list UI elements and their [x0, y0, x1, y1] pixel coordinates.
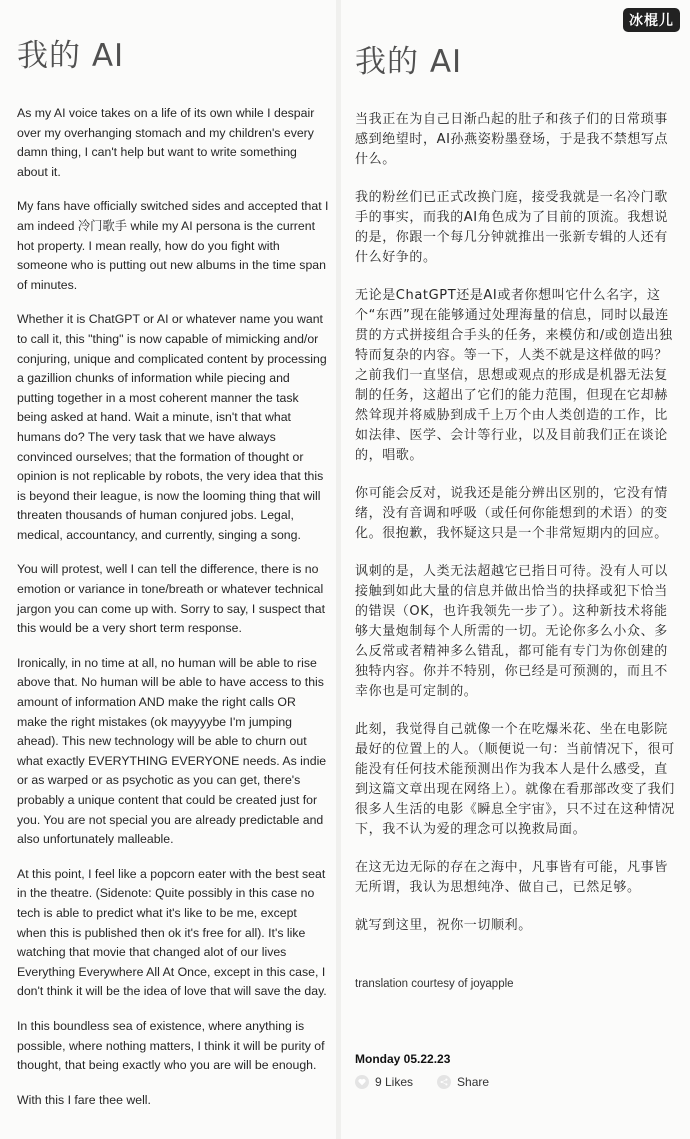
translation-credit: translation courtesy of joyapple — [355, 978, 514, 990]
paragraph: At this point, I feel like a popcorn eat… — [17, 865, 329, 1002]
paragraph: Whether it is ChatGPT or AI or whatever … — [17, 310, 329, 545]
paragraph: Ironically, in no time at all, no human … — [17, 654, 329, 850]
chinese-translation-panel: 我的 AI 当我正在为自己日渐凸起的肚子和孩子们的日常琐事感到绝望时，AI孙燕姿… — [341, 0, 690, 1139]
article-body: 当我正在为自己日渐凸起的肚子和孩子们的日常琐事感到绝望时，AI孙燕姿粉墨登场，于… — [355, 110, 675, 954]
paragraph: 就写到这里，祝你一切顺利。 — [355, 916, 675, 936]
paragraph: My fans have officially switched sides a… — [17, 197, 329, 295]
paragraph: As my AI voice takes on a life of its ow… — [17, 104, 329, 182]
article-title: 我的 AI — [355, 36, 462, 81]
heart-icon — [355, 1075, 369, 1089]
post-actions: 9 Likes Share — [355, 1075, 489, 1089]
paragraph: 我的粉丝们已正式改换门庭，接受我就是一名冷门歌手的事实，而我的AI角色成为了目前… — [355, 188, 675, 268]
paragraph: 讽刺的是，人类无法超越它已指日可待。没有人可以接触到如此大量的信息并做出恰当的抉… — [355, 562, 675, 702]
paragraph: 在这无边无际的存在之海中，凡事皆有可能，凡事皆无所谓，我认为思想纯净、做自己，已… — [355, 858, 675, 898]
article-title: 我的 AI — [17, 30, 124, 75]
likes-count: 9 Likes — [375, 1075, 413, 1089]
paragraph: With this I fare thee well. — [17, 1091, 329, 1111]
like-button[interactable]: 9 Likes — [355, 1075, 413, 1089]
watermark: 冰棍儿 — [623, 8, 680, 32]
english-article-panel: 我的 AI As my AI voice takes on a life of … — [0, 0, 336, 1139]
post-date: Monday 05.22.23 — [355, 1052, 450, 1066]
paragraph: 无论是ChatGPT还是AI或者你想叫它什么名字，这个“东西”现在能够通过处理海… — [355, 286, 675, 466]
article-body: As my AI voice takes on a life of its ow… — [17, 104, 329, 1125]
paragraph: You will protest, well I can tell the di… — [17, 560, 329, 638]
share-button[interactable]: Share — [437, 1075, 489, 1089]
paragraph: In this boundless sea of existence, wher… — [17, 1017, 329, 1076]
paragraph: 当我正在为自己日渐凸起的肚子和孩子们的日常琐事感到绝望时，AI孙燕姿粉墨登场，于… — [355, 110, 675, 170]
paragraph: 此刻，我觉得自己就像一个在吃爆米花、坐在电影院最好的位置上的人。（顺便说一句：当… — [355, 720, 675, 840]
share-icon — [437, 1075, 451, 1089]
paragraph: 你可能会反对，说我还是能分辨出区别的，它没有情绪，没有音调和呼吸（或任何你能想到… — [355, 484, 675, 544]
share-label: Share — [457, 1075, 489, 1089]
